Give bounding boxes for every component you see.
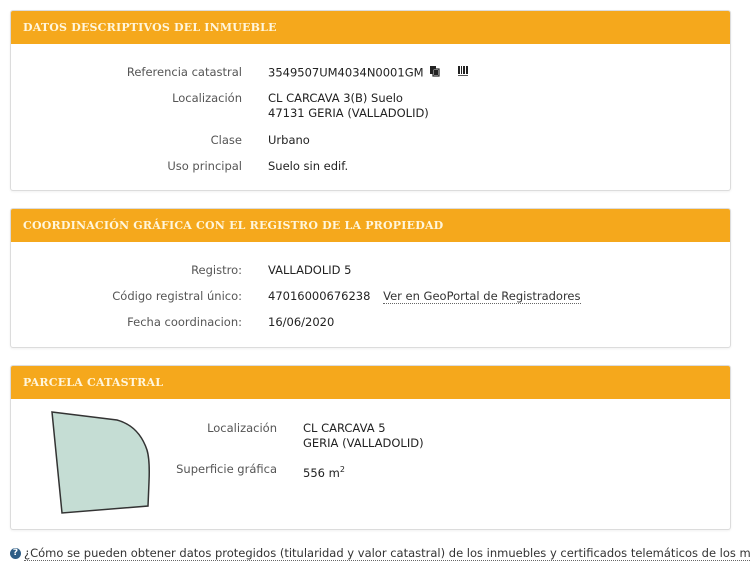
panel-datos-descriptivos: DATOS DESCRIPTIVOS DEL INMUEBLE Referenc… [10, 10, 731, 191]
geoportal-link[interactable]: Ver en GeoPortal de Registradores [383, 289, 580, 304]
localizacion-line1: CL CARCAVA 3(B) Suelo [268, 91, 403, 106]
superficie-unit-superscript: 2 [340, 465, 345, 474]
localizacion-label: Localización [11, 91, 242, 106]
copy-icon[interactable] [429, 65, 441, 81]
fecha-coordinacion-value: 16/06/2020 [268, 315, 334, 330]
panel-coordinacion: COORDINACIÓN GRÁFICA CON EL REGISTRO DE … [10, 208, 731, 348]
clase-value: Urbano [268, 133, 310, 148]
codigo-registral-value: 47016000676238 [268, 289, 370, 303]
codigo-registral-label: Código registral único: [11, 289, 242, 304]
superficie-row: 556 m2 [303, 462, 345, 481]
clase-label: Clase [11, 133, 242, 148]
registro-value: VALLADOLID 5 [268, 263, 351, 278]
superficie-label: Superficie gráfica [11, 462, 277, 477]
question-circle-icon: ? [10, 548, 21, 559]
referencia-catastral-value: 3549507UM4034N0001GM [268, 66, 424, 80]
localizacion-line2: 47131 GERIA (VALLADOLID) [268, 106, 429, 121]
referencia-catastral-label: Referencia catastral [11, 65, 242, 80]
protected-data-help-link[interactable]: ¿Cómo se pueden obtener datos protegidos… [24, 546, 751, 561]
parcela-localizacion-line1: CL CARCAVA 5 [303, 421, 386, 436]
registro-label: Registro: [11, 263, 242, 278]
parcela-localizacion-line2: GERIA (VALLADOLID) [303, 436, 424, 451]
referencia-catastral-row: 3549507UM4034N0001GM [268, 65, 469, 81]
help-footer: ?¿Cómo se pueden obtener datos protegido… [10, 546, 751, 560]
panel-header-coordinacion: COORDINACIÓN GRÁFICA CON EL REGISTRO DE … [11, 209, 730, 242]
fecha-coordinacion-label: Fecha coordinacion: [11, 315, 242, 330]
uso-principal-value: Suelo sin edif. [268, 159, 348, 174]
superficie-value: 556 m [303, 466, 340, 480]
uso-principal-label: Uso principal [11, 159, 242, 174]
parcela-localizacion-label: Localización [11, 421, 277, 436]
panel-parcela-catastral: PARCELA CATASTRAL Localización CL CARCAV… [10, 365, 731, 530]
codigo-registral-row: 47016000676238 Ver en GeoPortal de Regis… [268, 289, 581, 304]
panel-header-parcela: PARCELA CATASTRAL [11, 366, 730, 399]
panel-header-datos-descriptivos: DATOS DESCRIPTIVOS DEL INMUEBLE [11, 11, 730, 44]
barcode-icon[interactable] [457, 65, 469, 81]
